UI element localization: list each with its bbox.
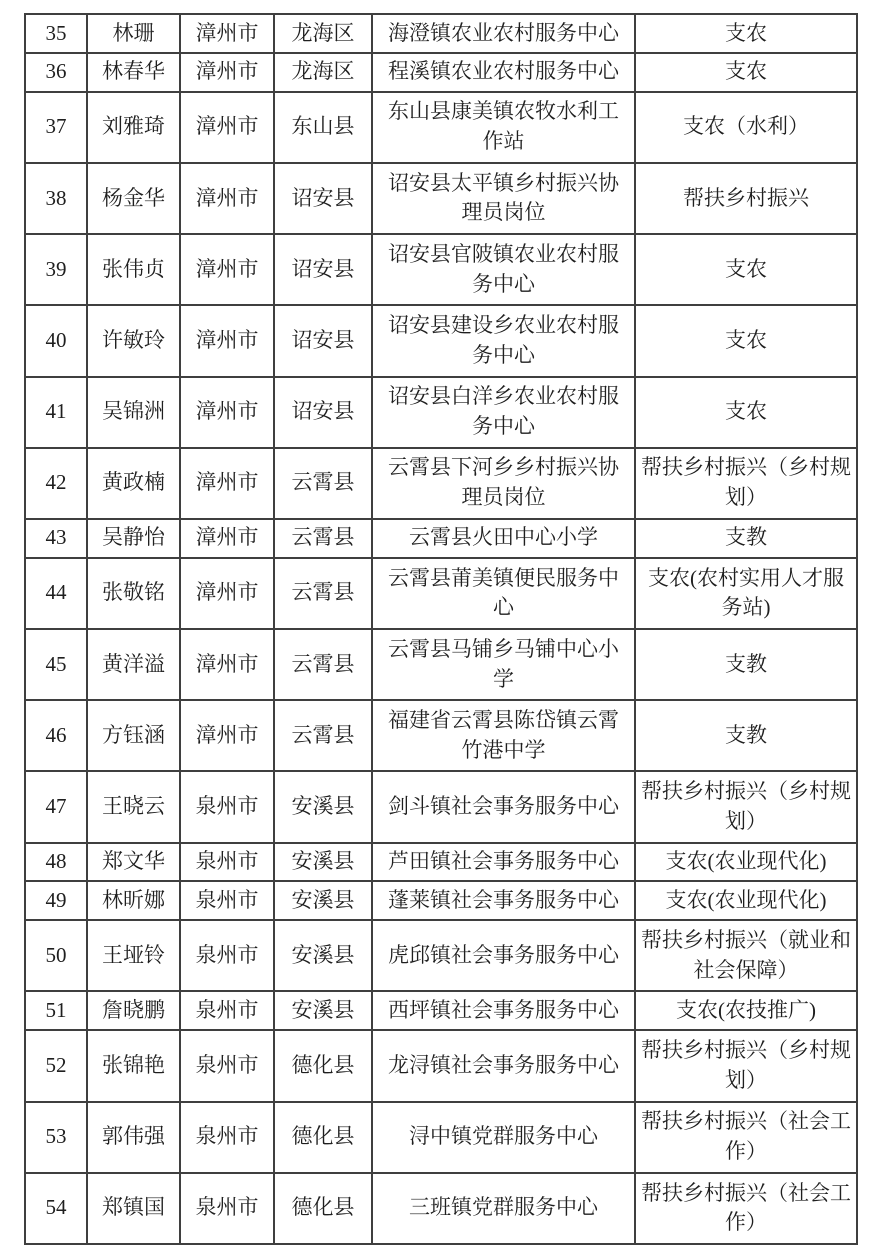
- cell-county: 云霄县: [274, 448, 372, 519]
- table-row: 50王垭铃泉州市安溪县虎邱镇社会事务服务中心帮扶乡村振兴（就业和社会保障）: [25, 920, 857, 991]
- table-row: 52张锦艳泉州市德化县龙浔镇社会事务服务中心帮扶乡村振兴（乡村规划）: [25, 1030, 857, 1101]
- cell-city: 漳州市: [180, 53, 274, 92]
- table-row: 36林春华漳州市龙海区程溪镇农业农村服务中心支农: [25, 53, 857, 92]
- cell-unit: 程溪镇农业农村服务中心: [372, 53, 635, 92]
- cell-unit: 福建省云霄县陈岱镇云霄竹港中学: [372, 700, 635, 771]
- cell-city: 泉州市: [180, 1030, 274, 1101]
- cell-city: 泉州市: [180, 1102, 274, 1173]
- cell-unit: 诏安县官陂镇农业农村服务中心: [372, 234, 635, 305]
- cell-assignment: 支农: [635, 377, 857, 448]
- cell-unit: 浔中镇党群服务中心: [372, 1102, 635, 1173]
- cell-no: 50: [25, 920, 87, 991]
- cell-unit: 三班镇党群服务中心: [372, 1173, 635, 1244]
- cell-name: 许敏玲: [87, 305, 180, 376]
- cell-county: 诏安县: [274, 234, 372, 305]
- table-row: 48郑文华泉州市安溪县芦田镇社会事务服务中心支农(农业现代化): [25, 843, 857, 882]
- cell-no: 47: [25, 771, 87, 842]
- cell-assignment: 支农(农技推广): [635, 991, 857, 1030]
- table-body: 35林珊漳州市龙海区海澄镇农业农村服务中心支农36林春华漳州市龙海区程溪镇农业农…: [25, 14, 857, 1244]
- cell-city: 泉州市: [180, 1173, 274, 1244]
- cell-city: 漳州市: [180, 558, 274, 629]
- cell-county: 诏安县: [274, 305, 372, 376]
- cell-unit: 海澄镇农业农村服务中心: [372, 14, 635, 53]
- cell-unit: 剑斗镇社会事务服务中心: [372, 771, 635, 842]
- cell-no: 36: [25, 53, 87, 92]
- cell-assignment: 支农（水利）: [635, 92, 857, 163]
- cell-name: 林春华: [87, 53, 180, 92]
- table-row: 54郑镇国泉州市德化县三班镇党群服务中心帮扶乡村振兴（社会工作）: [25, 1173, 857, 1244]
- cell-county: 安溪县: [274, 771, 372, 842]
- table-row: 43吴静怡漳州市云霄县云霄县火田中心小学支教: [25, 519, 857, 558]
- cell-name: 郑文华: [87, 843, 180, 882]
- assignment-table: 35林珊漳州市龙海区海澄镇农业农村服务中心支农36林春华漳州市龙海区程溪镇农业农…: [24, 13, 858, 1245]
- document-page: 35林珊漳州市龙海区海澄镇农业农村服务中心支农36林春华漳州市龙海区程溪镇农业农…: [0, 0, 876, 1256]
- table-row: 39张伟贞漳州市诏安县诏安县官陂镇农业农村服务中心支农: [25, 234, 857, 305]
- cell-city: 漳州市: [180, 163, 274, 234]
- cell-unit: 蓬莱镇社会事务服务中心: [372, 881, 635, 920]
- cell-unit: 虎邱镇社会事务服务中心: [372, 920, 635, 991]
- cell-name: 杨金华: [87, 163, 180, 234]
- cell-city: 漳州市: [180, 700, 274, 771]
- cell-county: 安溪县: [274, 843, 372, 882]
- cell-assignment: 支农: [635, 53, 857, 92]
- cell-county: 诏安县: [274, 163, 372, 234]
- cell-no: 35: [25, 14, 87, 53]
- cell-unit: 云霄县莆美镇便民服务中心: [372, 558, 635, 629]
- cell-county: 德化县: [274, 1030, 372, 1101]
- cell-county: 云霄县: [274, 519, 372, 558]
- table-row: 46方钰涵漳州市云霄县福建省云霄县陈岱镇云霄竹港中学支教: [25, 700, 857, 771]
- cell-name: 郑镇国: [87, 1173, 180, 1244]
- cell-city: 泉州市: [180, 843, 274, 882]
- cell-assignment: 支农: [635, 14, 857, 53]
- cell-unit: 诏安县太平镇乡村振兴协理员岗位: [372, 163, 635, 234]
- cell-name: 王垭铃: [87, 920, 180, 991]
- cell-city: 泉州市: [180, 991, 274, 1030]
- cell-no: 44: [25, 558, 87, 629]
- cell-assignment: 支教: [635, 700, 857, 771]
- cell-county: 龙海区: [274, 53, 372, 92]
- cell-county: 云霄县: [274, 629, 372, 700]
- cell-name: 刘雅琦: [87, 92, 180, 163]
- cell-no: 48: [25, 843, 87, 882]
- cell-no: 51: [25, 991, 87, 1030]
- cell-unit: 西坪镇社会事务服务中心: [372, 991, 635, 1030]
- cell-assignment: 支农(农业现代化): [635, 843, 857, 882]
- cell-assignment: 支农(农业现代化): [635, 881, 857, 920]
- cell-county: 安溪县: [274, 920, 372, 991]
- cell-no: 45: [25, 629, 87, 700]
- cell-county: 东山县: [274, 92, 372, 163]
- cell-no: 39: [25, 234, 87, 305]
- table-row: 49林昕娜泉州市安溪县蓬莱镇社会事务服务中心支农(农业现代化): [25, 881, 857, 920]
- cell-name: 詹晓鹏: [87, 991, 180, 1030]
- cell-name: 张伟贞: [87, 234, 180, 305]
- cell-name: 张锦艳: [87, 1030, 180, 1101]
- cell-no: 40: [25, 305, 87, 376]
- table-row: 41吴锦洲漳州市诏安县诏安县白洋乡农业农村服务中心支农: [25, 377, 857, 448]
- cell-county: 德化县: [274, 1102, 372, 1173]
- cell-name: 黄政楠: [87, 448, 180, 519]
- cell-assignment: 支教: [635, 629, 857, 700]
- cell-city: 漳州市: [180, 629, 274, 700]
- cell-no: 52: [25, 1030, 87, 1101]
- cell-assignment: 帮扶乡村振兴（社会工作）: [635, 1102, 857, 1173]
- cell-unit: 诏安县白洋乡农业农村服务中心: [372, 377, 635, 448]
- cell-unit: 云霄县下河乡乡村振兴协理员岗位: [372, 448, 635, 519]
- table-row: 35林珊漳州市龙海区海澄镇农业农村服务中心支农: [25, 14, 857, 53]
- table-row: 42黄政楠漳州市云霄县云霄县下河乡乡村振兴协理员岗位帮扶乡村振兴（乡村规划）: [25, 448, 857, 519]
- cell-name: 林珊: [87, 14, 180, 53]
- cell-name: 吴锦洲: [87, 377, 180, 448]
- cell-unit: 芦田镇社会事务服务中心: [372, 843, 635, 882]
- cell-assignment: 帮扶乡村振兴（乡村规划）: [635, 1030, 857, 1101]
- cell-no: 38: [25, 163, 87, 234]
- cell-assignment: 帮扶乡村振兴（乡村规划）: [635, 771, 857, 842]
- cell-city: 漳州市: [180, 519, 274, 558]
- cell-city: 漳州市: [180, 14, 274, 53]
- table-row: 37刘雅琦漳州市东山县东山县康美镇农牧水利工作站支农（水利）: [25, 92, 857, 163]
- cell-city: 泉州市: [180, 881, 274, 920]
- cell-name: 王晓云: [87, 771, 180, 842]
- cell-city: 漳州市: [180, 377, 274, 448]
- cell-no: 43: [25, 519, 87, 558]
- cell-no: 54: [25, 1173, 87, 1244]
- table-row: 38杨金华漳州市诏安县诏安县太平镇乡村振兴协理员岗位帮扶乡村振兴: [25, 163, 857, 234]
- cell-assignment: 帮扶乡村振兴: [635, 163, 857, 234]
- cell-assignment: 帮扶乡村振兴（社会工作）: [635, 1173, 857, 1244]
- cell-assignment: 帮扶乡村振兴（乡村规划）: [635, 448, 857, 519]
- cell-city: 漳州市: [180, 305, 274, 376]
- cell-name: 黄洋溢: [87, 629, 180, 700]
- cell-county: 安溪县: [274, 991, 372, 1030]
- cell-no: 41: [25, 377, 87, 448]
- cell-unit: 云霄县马铺乡马铺中心小学: [372, 629, 635, 700]
- table-row: 45黄洋溢漳州市云霄县云霄县马铺乡马铺中心小学支教: [25, 629, 857, 700]
- cell-unit: 诏安县建设乡农业农村服务中心: [372, 305, 635, 376]
- cell-name: 林昕娜: [87, 881, 180, 920]
- cell-no: 53: [25, 1102, 87, 1173]
- cell-name: 方钰涵: [87, 700, 180, 771]
- table-row: 44张敬铭漳州市云霄县云霄县莆美镇便民服务中心支农(农村实用人才服务站): [25, 558, 857, 629]
- table-row: 51詹晓鹏泉州市安溪县西坪镇社会事务服务中心支农(农技推广): [25, 991, 857, 1030]
- cell-city: 泉州市: [180, 771, 274, 842]
- cell-assignment: 支教: [635, 519, 857, 558]
- cell-county: 龙海区: [274, 14, 372, 53]
- cell-unit: 龙浔镇社会事务服务中心: [372, 1030, 635, 1101]
- cell-no: 46: [25, 700, 87, 771]
- cell-city: 泉州市: [180, 920, 274, 991]
- table-row: 53郭伟强泉州市德化县浔中镇党群服务中心帮扶乡村振兴（社会工作）: [25, 1102, 857, 1173]
- cell-unit: 东山县康美镇农牧水利工作站: [372, 92, 635, 163]
- cell-city: 漳州市: [180, 92, 274, 163]
- cell-no: 37: [25, 92, 87, 163]
- cell-name: 吴静怡: [87, 519, 180, 558]
- cell-no: 42: [25, 448, 87, 519]
- cell-assignment: 支农(农村实用人才服务站): [635, 558, 857, 629]
- table-row: 47王晓云泉州市安溪县剑斗镇社会事务服务中心帮扶乡村振兴（乡村规划）: [25, 771, 857, 842]
- cell-name: 张敬铭: [87, 558, 180, 629]
- cell-assignment: 支农: [635, 234, 857, 305]
- cell-county: 安溪县: [274, 881, 372, 920]
- cell-county: 诏安县: [274, 377, 372, 448]
- cell-no: 49: [25, 881, 87, 920]
- cell-name: 郭伟强: [87, 1102, 180, 1173]
- cell-county: 云霄县: [274, 558, 372, 629]
- cell-unit: 云霄县火田中心小学: [372, 519, 635, 558]
- cell-city: 漳州市: [180, 448, 274, 519]
- cell-assignment: 支农: [635, 305, 857, 376]
- table-row: 40许敏玲漳州市诏安县诏安县建设乡农业农村服务中心支农: [25, 305, 857, 376]
- cell-county: 云霄县: [274, 700, 372, 771]
- cell-assignment: 帮扶乡村振兴（就业和社会保障）: [635, 920, 857, 991]
- cell-county: 德化县: [274, 1173, 372, 1244]
- cell-city: 漳州市: [180, 234, 274, 305]
